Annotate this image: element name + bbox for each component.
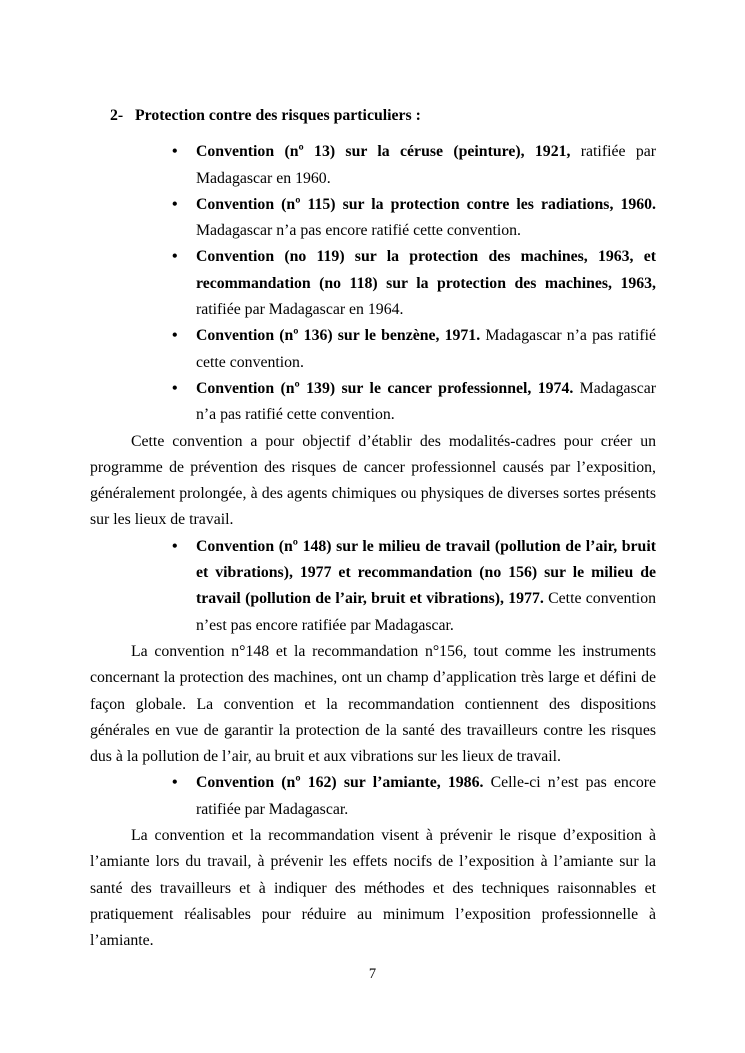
convention-status: Madagascar n’a pas encore ratifié cette … [196,222,521,239]
bullet-item-convention-136: •Convention (nº 136) sur le benzène, 197… [196,323,656,376]
convention-title: Convention (nº 13) sur la céruse (peintu… [196,143,570,160]
convention-status: ratifiée par Madagascar en 1964. [196,301,403,318]
paragraph-cancer-objective: Cette convention a pour objectif d’établ… [90,429,656,534]
bullet-item-convention-13: •Convention (nº 13) sur la céruse (peint… [196,139,656,192]
bullet-marker: • [172,376,178,402]
section-heading-number: 2- [110,103,135,129]
bullet-marker: • [172,323,178,349]
bullet-item-convention-148: •Convention (nº 148) sur le milieu de tr… [196,534,656,639]
section-heading-title: Protection contre des risques particulie… [135,107,421,124]
convention-title: Convention (no 119) sur la protection de… [196,248,656,291]
bullet-marker: • [172,244,178,270]
convention-title: Convention (nº 139) sur le cancer profes… [196,380,573,397]
paragraph-convention-148-scope: La convention n°148 et la recommandation… [90,639,656,770]
section-heading: 2-Protection contre des risques particul… [90,103,656,129]
bullet-marker: • [172,534,178,560]
page-number: 7 [0,966,745,983]
paragraph-asbestos-aim: La convention et la recommandation visen… [90,823,656,954]
bullet-marker: • [172,192,178,218]
convention-title: Convention (nº 162) sur l’amiante, 1986. [196,774,483,791]
document-page: 2-Protection contre des risques particul… [0,0,745,1053]
bullet-item-convention-119: •Convention (no 119) sur la protection d… [196,244,656,323]
bullet-item-convention-139: •Convention (nº 139) sur le cancer profe… [196,376,656,429]
page-content: 2-Protection contre des risques particul… [90,103,656,955]
convention-title: Convention (nº 136) sur le benzène, 1971… [196,327,480,344]
bullet-marker: • [172,770,178,796]
bullet-item-convention-115: •Convention (nº 115) sur la protection c… [196,192,656,245]
convention-title: Convention (nº 115) sur la protection co… [196,196,656,213]
bullet-item-convention-162: •Convention (nº 162) sur l’amiante, 1986… [196,770,656,823]
bullet-marker: • [172,139,178,165]
